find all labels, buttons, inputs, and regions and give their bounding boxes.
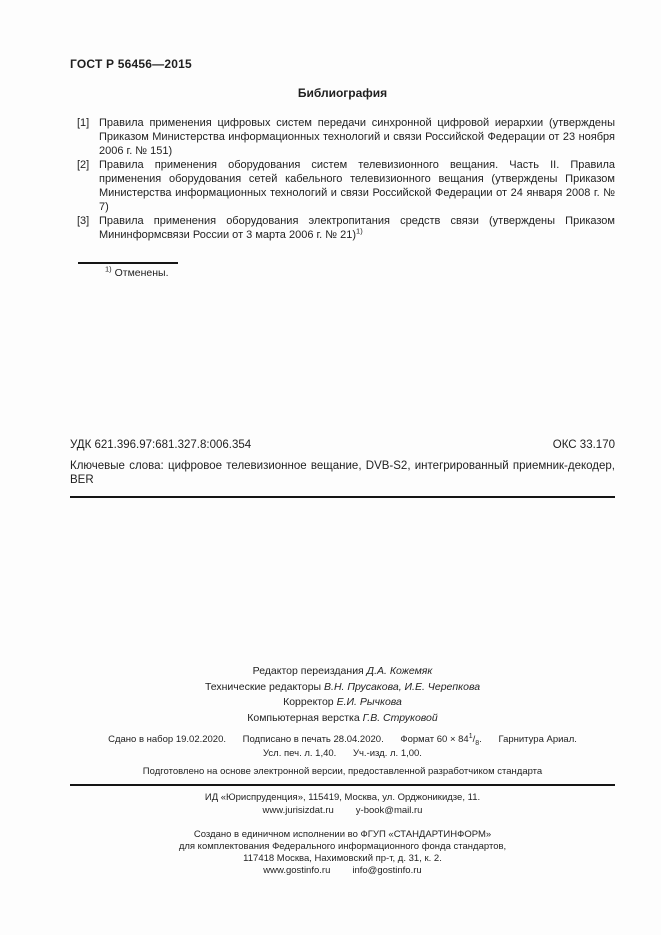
footnote-text: Отменены. [112,267,169,279]
credit-role: Технические редакторы [205,681,324,693]
bibliography-ref: [2] [77,158,99,172]
standartinform-line-2: для комплектования Федерального информац… [70,841,615,853]
bibliography-item: [1] Правила применения цифровых систем п… [70,116,615,158]
imprint-format: Формат 60 × 841/8. [400,734,481,745]
publisher-email: y-book@mail.ru [356,805,423,816]
credit-line: Технические редакторы В.Н. Прусакова, И.… [70,680,615,696]
standartinform-email: info@gostinfo.ru [352,865,421,876]
imprint-format-prefix: Формат 60 × 84 [400,734,468,745]
standard-number: ГОСТ Р 56456—2015 [70,57,615,71]
footnote-marker: 1) [105,265,112,274]
standartinform-line-3: 117418 Москва, Нахимовский пр-т, д. 31, … [70,853,615,865]
credit-line: Корректор Е.И. Рычкова [70,695,615,711]
credit-name: Е.И. Рычкова [337,696,402,708]
credits-block: Редактор переиздания Д.А. Кожемяк Технич… [70,664,615,726]
standartinform-website: www.gostinfo.ru [263,865,330,876]
bibliography-item: [3] Правила применения оборудования элек… [70,214,615,242]
imprint-conv-sheets: Усл. печ. л. 1,40. [263,748,336,759]
bibliography-ref: [1] [77,116,99,130]
bibliography-text: Правила применения цифровых систем перед… [99,116,615,158]
footnote-separator-rule [78,262,178,264]
publisher-website: www.jurisizdat.ru [263,805,334,816]
oks-code: ОКС 33.170 [553,438,615,452]
standartinform-contacts: www.gostinfo.ruinfo@gostinfo.ru [70,865,615,877]
classification-row: УДК 621.396.97:681.327.8:006.354 ОКС 33.… [70,438,615,452]
credit-role: Компьютерная верстка [247,712,362,724]
bibliography-list: [1] Правила применения цифровых систем п… [70,116,615,242]
colophon-divider-rule [70,784,615,786]
standartinform-line-1: Создано в единичном исполнении во ФГУП «… [70,829,615,841]
footnote-block: 1) Отменены. [70,262,615,280]
bibliography-ref: [3] [77,214,99,228]
imprint-line-1: Сдано в набор 19.02.2020. Подписано в пе… [70,733,615,747]
credit-name: Г.В. Струковой [363,712,438,724]
imprint-line-2: Усл. печ. л. 1,40. Уч.-изд. л. 1,00. [70,747,615,761]
udk-code: УДК 621.396.97:681.327.8:006.354 [70,438,251,452]
footnote-reference-marker: 1) [356,226,363,235]
bibliography-item: [2] Правила применения оборудования сист… [70,158,615,214]
publisher-block: ИД «Юриспруденция», 115419, Москва, ул. … [70,792,615,817]
prepared-note: Подготовлено на основе электронной верси… [70,766,615,778]
imprint-print-date: Подписано в печать 28.04.2020. [243,734,384,745]
credit-name: Д.А. Кожемяк [367,665,433,677]
keywords-paragraph: Ключевые слова: цифровое телевизионное в… [70,459,615,487]
imprint-set-date: Сдано в набор 19.02.2020. [108,734,226,745]
credit-role: Редактор переиздания [253,665,367,677]
bibliography-text: Правила применения оборудования электроп… [99,214,615,242]
section-title: Библиография [70,86,615,100]
credit-line: Компьютерная верстка Г.В. Струковой [70,711,615,727]
bibliography-text: Правила применения оборудования систем т… [99,158,615,214]
imprint-pub-sheets: Уч.-изд. л. 1,00. [353,748,422,759]
standartinform-block: Создано в единичном исполнении во ФГУП «… [70,829,615,877]
imprint-block: Сдано в набор 19.02.2020. Подписано в пе… [70,733,615,761]
credit-name: В.Н. Прусакова, И.Е. Черепкова [324,681,480,693]
imprint-typeface: Гарнитура Ариал. [498,734,576,745]
publisher-contacts: www.jurisizdat.ruy-book@mail.ru [70,805,615,818]
document-page: ГОСТ Р 56456—2015 Библиография [1] Прави… [0,0,661,935]
publisher-address: ИД «Юриспруденция», 115419, Москва, ул. … [70,792,615,805]
section-divider-rule [70,496,615,498]
credit-line: Редактор переиздания Д.А. Кожемяк [70,664,615,680]
footnote-text-line: 1) Отменены. [70,267,615,280]
imprint-format-period: . [479,734,482,745]
credit-role: Корректор [283,696,336,708]
